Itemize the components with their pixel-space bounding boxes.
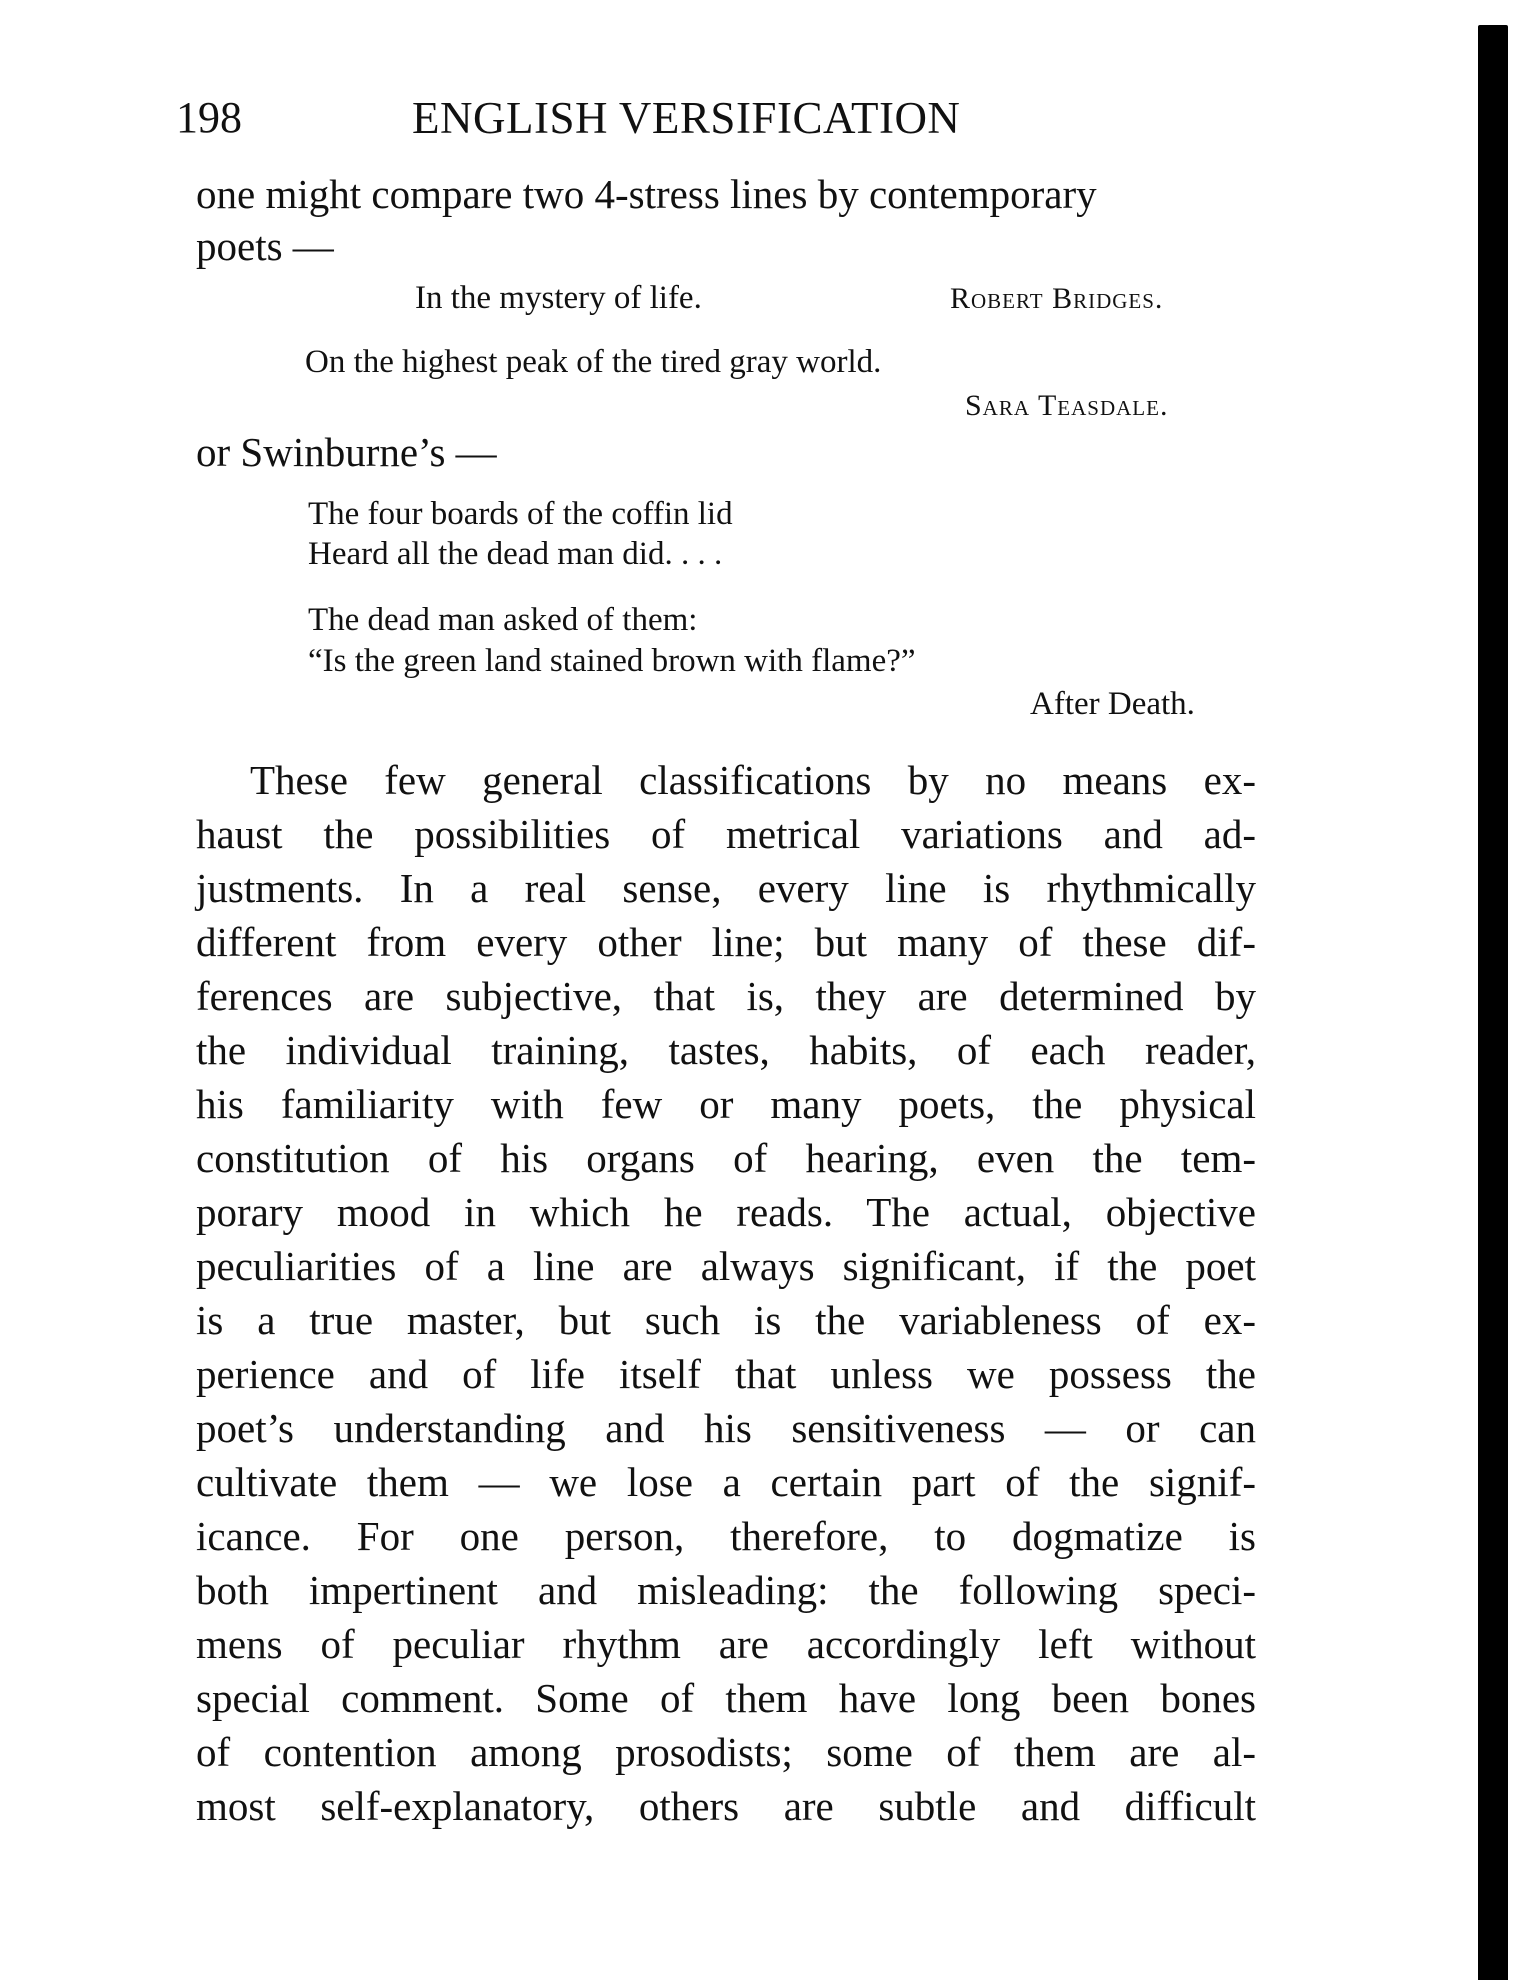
page-number: 198 [176, 88, 242, 148]
intro-line-1: one might compare two 4-stress lines by … [196, 170, 1097, 218]
paragraph-line: both impertinent and misleading: the fol… [196, 1563, 1256, 1617]
paragraph-line: special comment. Some of them have long … [196, 1671, 1256, 1725]
paragraph-line: most self-explanatory, others are subtle… [196, 1779, 1256, 1833]
quote-verse-bridges: In the mystery of life. [415, 280, 702, 317]
quote-attribution-teasdale: Sara Teasdale. [965, 389, 1168, 423]
paragraph-line: justments. In a real sense, every line i… [196, 861, 1256, 915]
quote-attribution-bridges: Robert Bridges. [950, 282, 1163, 316]
quote-verse-teasdale: On the highest peak of the tired gray wo… [305, 344, 881, 381]
paragraph-line: ferences are subjective, that is, they a… [196, 969, 1256, 1023]
paragraph-line: icance. For one person, therefore, to do… [196, 1509, 1256, 1563]
verse-line-1: The four boards of the coffin lid [308, 496, 733, 533]
paragraph-line: his familiarity with few or many poets, … [196, 1077, 1256, 1131]
verse-line-3: The dead man asked of them: [308, 602, 697, 639]
paragraph-line: cultivate them — we lose a certain part … [196, 1455, 1256, 1509]
paragraph-line: mens of peculiar rhythm are accordingly … [196, 1617, 1256, 1671]
paragraph-line: the individual training, tastes, habits,… [196, 1023, 1256, 1077]
paragraph-line: These few general classifications by no … [250, 753, 1256, 807]
running-head: ENGLISH VERSIFICATION [412, 88, 960, 148]
paragraph-line: poet’s understanding and his sensitivene… [196, 1401, 1256, 1455]
intro-line-2: poets — [196, 222, 334, 270]
paragraph-line: porary mood in which he reads. The actua… [196, 1185, 1256, 1239]
paragraph-line: peculiarities of a line are always signi… [196, 1239, 1256, 1293]
paragraph-line: perience and of life itself that unless … [196, 1347, 1256, 1401]
verse-line-2: Heard all the dead man did. . . . [308, 536, 722, 573]
book-page: 198 ENGLISH VERSIFICATION one might comp… [0, 0, 1529, 1980]
paragraph-line: is a true master, but such is the variab… [196, 1293, 1256, 1347]
paragraph-line: haust the possibilities of metrical vari… [196, 807, 1256, 861]
paragraph-line: of contention among prosodists; some of … [196, 1725, 1256, 1779]
page-header: 198 ENGLISH VERSIFICATION [176, 88, 1276, 148]
swinburne-intro: or Swinburne’s — [196, 428, 497, 476]
paragraph-line: different from every other line; but man… [196, 915, 1256, 969]
scan-binding-edge [1478, 25, 1508, 1980]
poem-title-attribution: After Death. [1030, 686, 1195, 723]
verse-line-4: “Is the green land stained brown with fl… [308, 643, 916, 680]
paragraph-line: constitution of his organs of hearing, e… [196, 1131, 1256, 1185]
